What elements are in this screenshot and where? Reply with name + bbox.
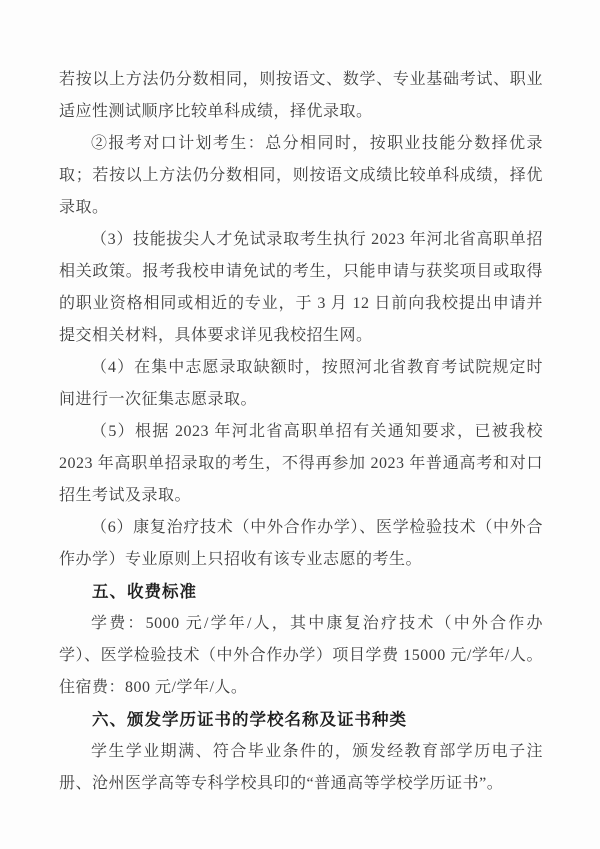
paragraph-skill-talent-exemption: （3）技能拔尖人才免试录取考生执行 2023 年河北省高职单招相关政策。报考我校… (59, 224, 543, 352)
paragraph-diploma-issuance: 学生学业期满、符合毕业条件的，颁发经教育部学历电子注册、沧州医学高等专科学校具印… (59, 736, 543, 800)
paragraph-tie-break-rule-continuation: 若按以上方法仍分数相同，则按语文、数学、专业基础考试、职业适应性测试顺序比较单科… (59, 64, 543, 128)
section-heading-diploma-school-name-and-type: 六、颁发学历证书的学校名称及证书种类 (59, 704, 543, 736)
paragraph-supplementary-volunteer-admission: （4）在集中志愿录取缺额时，按照河北省教育考试院规定时间进行一次征集志愿录取。 (59, 352, 543, 416)
paragraph-tuition-and-accommodation-fees: 学费：5000 元/学年/人，其中康复治疗技术（中外合作办学）、医学检验技术（中… (59, 608, 543, 704)
document-page: 若按以上方法仍分数相同，则按语文、数学、专业基础考试、职业适应性测试顺序比较单科… (0, 0, 600, 849)
section-heading-fee-standards: 五、收费标准 (59, 576, 543, 608)
document-content: 若按以上方法仍分数相同，则按语文、数学、专业基础考试、职业适应性测试顺序比较单科… (59, 64, 543, 800)
paragraph-duikou-plan-tie-break: ②报考对口计划考生：总分相同时，按职业技能分数择优录取；若按以上方法仍分数相同，… (59, 128, 543, 224)
paragraph-admitted-students-restriction: （5）根据 2023 年河北省高职单招有关通知要求，已被我校 2023 年高职单… (59, 416, 543, 512)
paragraph-sino-foreign-majors-rule: （6）康复治疗技术（中外合作办学）、医学检验技术（中外合作办学）专业原则上只招收… (59, 512, 543, 576)
